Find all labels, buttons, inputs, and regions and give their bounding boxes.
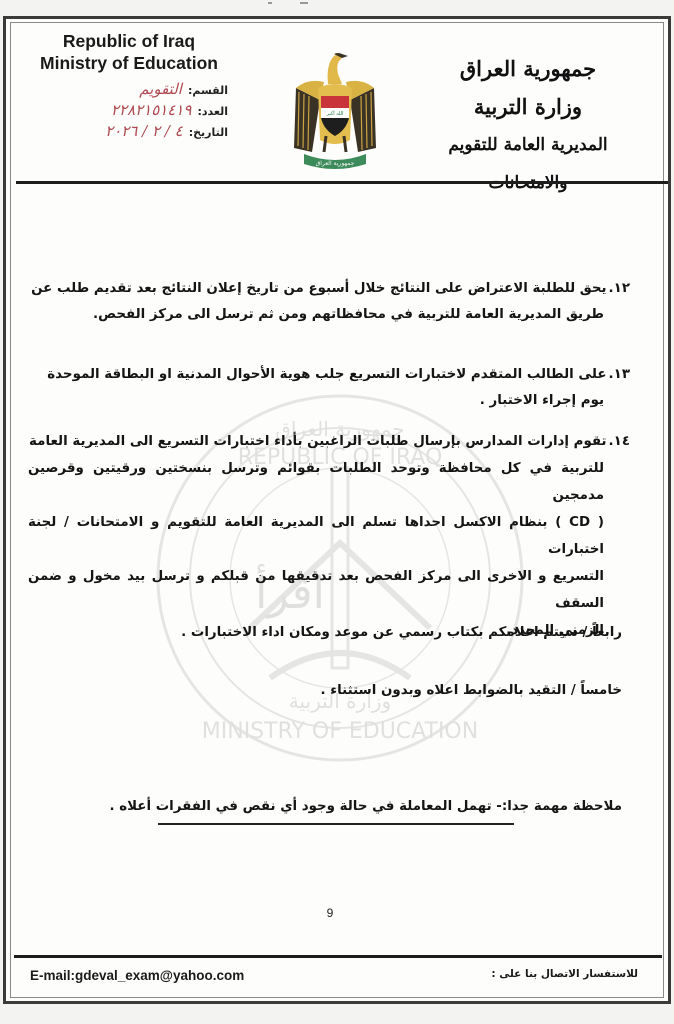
letterhead-country: Republic of Iraq <box>24 30 234 52</box>
important-note: ملاحظة مهمة جدا:- تهمل المعاملة في حالة … <box>28 794 622 820</box>
svg-text:جمهورية العراق: جمهورية العراق <box>316 160 355 167</box>
paragraph-line: يوم إجراء الاختبار . <box>28 388 630 414</box>
paragraph-line: التسريع و الاخرى الى مركز الفحص بعد تدقي… <box>28 563 630 617</box>
meta-date: التاريخ: ٤ / ٢ / ٢٠٢٦ <box>28 122 228 143</box>
paragraph-14: ١٤.تقوم إدارات المدارس بإرسال طلبات الرا… <box>28 428 630 644</box>
svg-text:MINISTRY OF EDUCATION: MINISTRY OF EDUCATION <box>202 719 478 744</box>
paragraph-12: ١٢.يحق للطلبة الاعتراض على النتائج خلال … <box>28 276 630 328</box>
iraq-coat-of-arms-eagle-icon: الله أكبر جمهورية العراق <box>290 48 380 172</box>
footer-email: E-mail:gdeval_exam@yahoo.com <box>30 968 244 983</box>
english-letterhead: Republic of Iraq Ministry of Education <box>24 30 234 74</box>
number-value: ٢٢٨٢١٥١٤١٩ <box>111 101 192 119</box>
letter-meta: القسم: التقويم العدد: ٢٢٨٢١٥١٤١٩ التاريخ… <box>28 80 228 143</box>
date-value: ٤ / ٢ / ٢٠٢٦ <box>105 122 183 140</box>
paragraph-line: للتربية في كل محافظة وتوحد الطلبات بقوائ… <box>28 455 630 509</box>
paragraph-line: يحق للطلبة الاعتراض على النتائج خلال أسب… <box>31 281 606 296</box>
date-label: التاريخ: <box>189 126 228 139</box>
note-underline <box>158 823 514 825</box>
paragraph-number: ١٣. <box>609 367 630 382</box>
header-divider <box>16 181 668 184</box>
scan-artifact <box>268 2 272 4</box>
section-fourth: رابعاً / سيتم اعلامكم بكتاب رسمي عن موعد… <box>28 620 622 646</box>
page-number: 9 <box>320 906 340 920</box>
meta-department: القسم: التقويم <box>28 80 228 101</box>
department-value: التقويم <box>139 80 182 98</box>
meta-number: العدد: ٢٢٨٢١٥١٤١٩ <box>28 101 228 122</box>
letterhead-directorate-ar: المديرية العامة للتقويم والامتحانات <box>418 126 638 202</box>
footer-contact-label: للاستفسار الاتصال بنا على : <box>491 968 638 980</box>
footer-divider <box>14 955 662 958</box>
section-fifth: خامساً / التقيد بالضوابط اعلاه وبدون است… <box>28 678 622 704</box>
paragraph-13: ١٣.على الطالب المتقدم لاختبارات التسريع … <box>28 362 630 414</box>
letterhead-country-ar: جمهورية العراق <box>418 50 638 88</box>
paragraph-line: ( CD ) بنظام الاكسل احداها تسلم الى المد… <box>28 509 630 563</box>
paragraph-number: ١٢. <box>609 281 630 296</box>
svg-text:الله أكبر: الله أكبر <box>326 110 344 117</box>
arabic-letterhead: جمهورية العراق وزارة التربية المديرية ال… <box>418 50 638 202</box>
letterhead-ministry-ar: وزارة التربية <box>418 88 638 126</box>
paragraph-number: ١٤. <box>609 434 630 449</box>
paragraph-line: تقوم إدارات المدارس بإرسال طلبات الراغبي… <box>29 434 607 449</box>
letterhead-ministry: Ministry of Education <box>24 52 234 74</box>
number-label: العدد: <box>197 105 228 118</box>
paragraph-line: على الطالب المتقدم لاختبارات التسريع جلب… <box>47 367 606 382</box>
department-label: القسم: <box>188 84 228 97</box>
paragraph-line: طريق المديرية العامة للتربية في محافظاته… <box>28 302 630 328</box>
scan-artifact <box>300 2 308 4</box>
